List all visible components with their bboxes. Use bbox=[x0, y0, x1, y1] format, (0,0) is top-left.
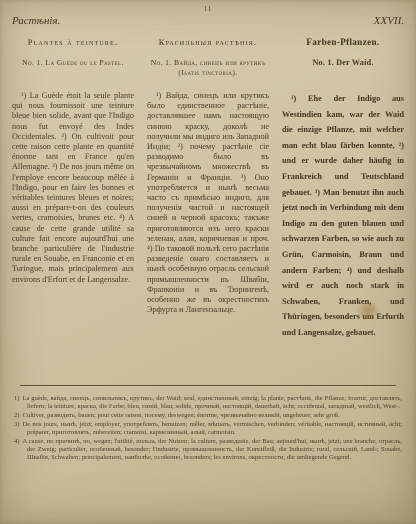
footnote-3-text: De nos jours, нынѣ, jetzt; employer, упо… bbox=[23, 421, 403, 436]
running-head-left: Растѣнія. bbox=[12, 15, 60, 27]
column-russian-subheader: No. 1. Вайда, синецъ или крутикъ (Isatis… bbox=[147, 58, 269, 78]
footnote-1-text: La guède, вайда, синецъ, синильникъ, кру… bbox=[23, 395, 403, 410]
footnote-4-number: 4) bbox=[14, 438, 23, 445]
footnote-2-text: Cultiver, разводить, bauen; pour cette r… bbox=[23, 412, 340, 419]
column-french-header: Plantes à teinture. bbox=[12, 37, 134, 50]
column-german-subheader: No. 1. Der Waid. bbox=[282, 58, 404, 78]
footnote-2-number: 2) bbox=[14, 412, 23, 419]
footnote-2: 2)Cultiver, разводить, bauen; pour cette… bbox=[14, 412, 402, 420]
column-german-header: Farben-Pflanzen. bbox=[282, 37, 404, 50]
page-number: 11 bbox=[12, 5, 404, 14]
column-french-subheader: No. 1. La Guède ou le Pastel. bbox=[12, 58, 134, 78]
text-columns: Plantes à teinture. No. 1. La Guède ou l… bbox=[12, 37, 404, 378]
running-head: Растѣнія. XXVII. bbox=[12, 15, 404, 30]
column-russian-body: ¹) Вайда, синецъ или крутикъ было единст… bbox=[147, 91, 269, 315]
column-german-body: ¹) Ehe der Indigo aus Westindien kam, wa… bbox=[282, 91, 404, 341]
footnote-1-number: 1) bbox=[14, 395, 23, 402]
column-russian-header: Красильныя растѣнія. bbox=[147, 37, 269, 50]
column-french-body: ¹) La Guède étoit la seule plante qui no… bbox=[12, 91, 134, 285]
footnote-3: 3)De nos jours, нынѣ, jetzt; employer, у… bbox=[14, 421, 402, 437]
footnote-1: 1)La guède, вайда, синецъ, синильникъ, к… bbox=[14, 395, 402, 411]
column-french: Plantes à teinture. No. 1. La Guède ou l… bbox=[12, 37, 134, 378]
footnote-4-text: A cause, по причинѣ, по, wegen; l'utilit… bbox=[23, 438, 403, 461]
footnotes-block: 1)La guède, вайда, синецъ, синильникъ, к… bbox=[12, 392, 404, 462]
footnote-3-number: 3) bbox=[14, 421, 23, 428]
column-german: Farben-Pflanzen. No. 1. Der Waid. ¹) Ehe… bbox=[282, 37, 404, 378]
footnote-4: 4)A cause, по причинѣ, по, wegen; l'util… bbox=[14, 438, 402, 462]
footnote-divider bbox=[20, 385, 396, 386]
book-page: 11 Растѣнія. XXVII. Plantes à teinture. … bbox=[0, 0, 416, 524]
running-head-right: XXVII. bbox=[374, 15, 404, 27]
column-russian: Красильныя растѣнія. No. 1. Вайда, синец… bbox=[147, 37, 269, 378]
